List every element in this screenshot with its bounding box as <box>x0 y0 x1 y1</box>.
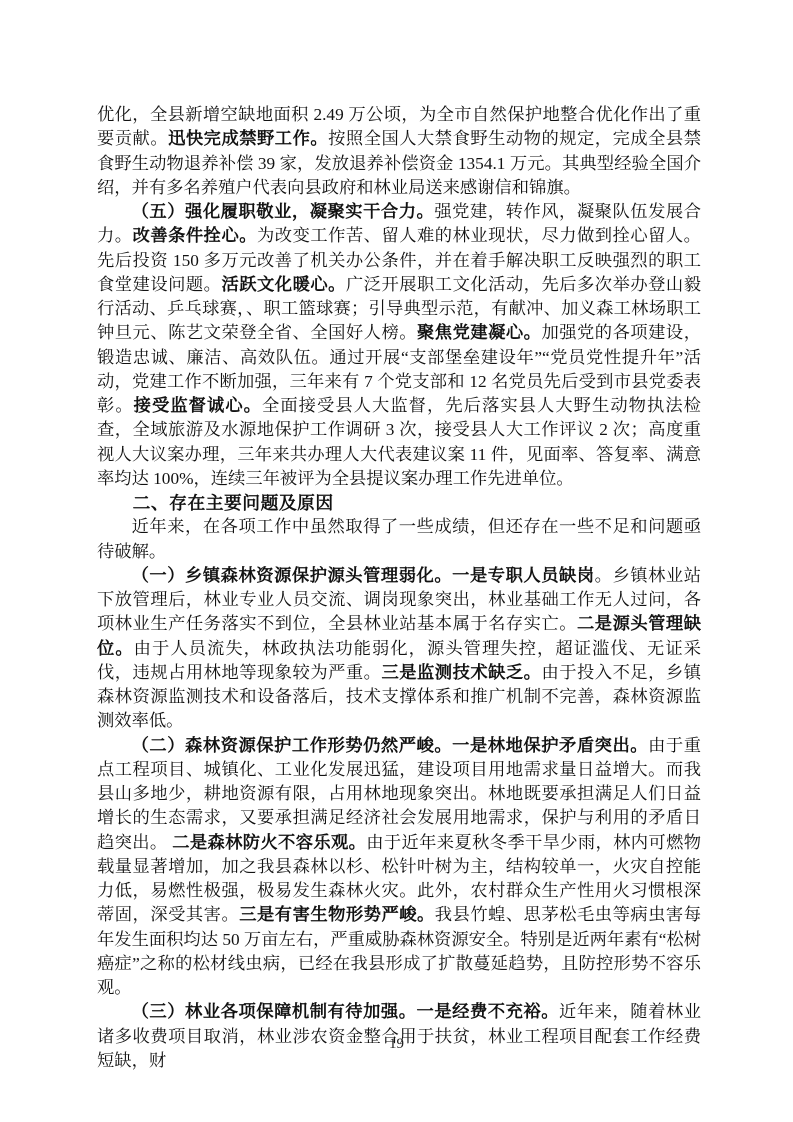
bold-text-run: 迅快完成禁野工作。 <box>168 129 328 148</box>
bold-text-run: （五）强化履职敬业，凝聚实干合力。 <box>132 202 435 221</box>
bold-text-run: （一）乡镇森林资源保护源头管理弱化。一是专职人员缺岗 <box>132 566 595 585</box>
paragraph: （二）森林资源保护工作形势仍然严峻。一是林地保护矛盾突出。由于重点工程项目、城镇… <box>97 734 701 1001</box>
paragraph: （五）强化履职敬业，凝聚实干合力。强党建，转作风，凝聚队伍发展合力。改善条件拴心… <box>97 200 701 491</box>
section-heading: 二、存在主要问题及原因 <box>97 491 701 515</box>
paragraph: 优化，全县新增空缺地面积 2.49 万公顷，为全市自然保护地整合优化作出了重要贡… <box>97 103 701 200</box>
bold-text-run: （二）森林资源保护工作形势仍然严峻。一是林地保护矛盾突出。 <box>132 736 648 755</box>
page-number: 19 <box>0 1036 793 1053</box>
bold-text-run: 接受监督诚心。 <box>134 396 262 415</box>
bold-text-run: 活跃文化暖心。 <box>221 275 345 294</box>
document-page: 优化，全县新增空缺地面积 2.49 万公顷，为全市自然保护地整合优化作出了重要贡… <box>0 0 793 1122</box>
paragraph: （一）乡镇森林资源保护源头管理弱化。一是专职人员缺岗。乡镇林业站下放管理后，林业… <box>97 564 701 734</box>
bold-text-run: 三是监测技术缺乏。 <box>381 663 541 682</box>
paragraph: 近年来，在各项工作中虽然取得了一些成绩，但还存在一些不足和问题亟待破解。 <box>97 515 701 564</box>
bold-text-run: 改善条件拴心。 <box>133 226 257 245</box>
bold-text-run: 三是有害生物形势严峻。 <box>239 905 435 924</box>
bold-text-run: 二是森林防火不容乐观。 <box>172 833 366 852</box>
text-run: 近年来，在各项工作中虽然取得了一些成绩，但还存在一些不足和问题亟待破解。 <box>97 517 701 560</box>
document-body: 优化，全县新增空缺地面积 2.49 万公顷，为全市自然保护地整合优化作出了重要贡… <box>97 103 701 1073</box>
bold-text-run: 二、存在主要问题及原因 <box>133 493 334 513</box>
bold-text-run: （三）林业各项保障机制有待加强。一是经费不充裕。 <box>132 1002 559 1021</box>
bold-text-run: 聚焦党建凝心。 <box>417 323 541 342</box>
